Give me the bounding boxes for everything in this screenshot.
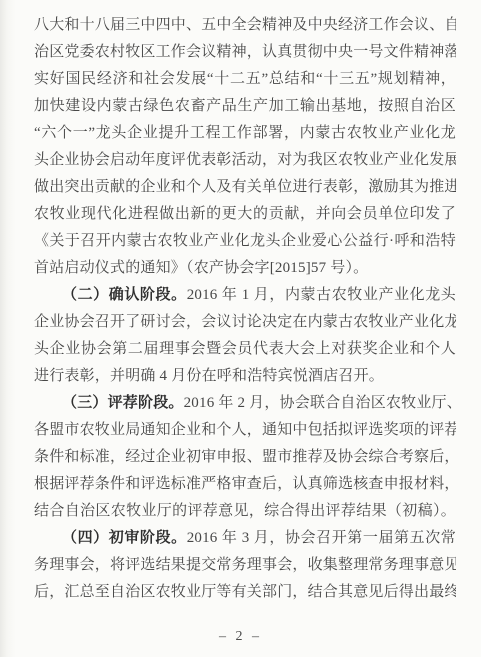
text-line: 结合自治区农牧业厅的评荐意见，综合得出评荐结果（初稿）。 [34, 498, 456, 525]
page-number: – 2 – [0, 629, 481, 645]
line-text: 2016 年 3 月，协会召开第一届第五次常 [187, 530, 456, 546]
line-text: 八大和十八届三中四中、五中全会精神及中央经济工作会议、自 [34, 17, 456, 33]
line-text: 头企业协会第二届理事会暨会员代表大会上对获奖企业和个人 [34, 341, 456, 357]
section-line: （四）初审阶段。2016 年 3 月，协会召开第一届第五次常 [34, 525, 456, 552]
line-text: 《关于召开内蒙古农牧业产业化龙头企业爱心公益行·呼和浩特 [34, 233, 456, 249]
line-text: 结合自治区农牧业厅的评荐意见，综合得出评荐结果（初稿）。 [34, 503, 456, 519]
line-text: 企业协会召开了研讨会，会议讨论决定在内蒙古农牧业产业化龙 [34, 314, 456, 330]
document-body: 八大和十八届三中四中、五中全会精神及中央经济工作会议、自治区党委农村牧区工作会议… [34, 12, 456, 606]
line-text: 进行表彰，并明确 4 月份在呼和浩特宾悦酒店召开。 [34, 368, 384, 384]
line-text: 首站启动仪式的通知》（农产协会字[2015]57 号）。 [34, 260, 368, 276]
text-line: 根据评荐条件和评选标准严格审查后，认真筛选核查申报材料， [34, 471, 456, 498]
text-line: 头企业协会启动年度评优表彰活动，对为我区农牧业产业化发展 [34, 147, 456, 174]
section-heading: （四）初审阶段。 [62, 530, 187, 546]
section-line: （二）确认阶段。2016 年 1 月，内蒙古农牧业产业化龙头 [34, 282, 456, 309]
text-line: 农牧业现代化进程做出新的更大的贡献，并向会员单位印发了 [34, 201, 456, 228]
line-text: 治区党委农村牧区工作会议精神，认真贯彻中央一号文件精神落 [34, 44, 456, 60]
section-line: （三）评荐阶段。2016 年 2 月，协会联合自治区农牧业厅、 [34, 390, 456, 417]
text-line: 八大和十八届三中四中、五中全会精神及中央经济工作会议、自 [34, 12, 456, 39]
text-line: 条件和标准，经过企业初审申报、盟市推荐及协会综合考察后， [34, 444, 456, 471]
text-line: 后，汇总至自治区农牧业厅等有关部门，结合其意见后得出最终 [34, 579, 456, 606]
text-line: 进行表彰，并明确 4 月份在呼和浩特宾悦酒店召开。 [34, 363, 456, 390]
line-text: 头企业协会启动年度评优表彰活动，对为我区农牧业产业化发展 [34, 152, 456, 168]
text-line: 各盟市农牧业局通知企业和个人，通知中包括拟评选奖项的评荐 [34, 417, 456, 444]
line-text: 根据评荐条件和评选标准严格审查后，认真筛选核查申报材料， [34, 476, 456, 492]
line-text: 实好国民经济和社会发展“十二五”总结和“十三五”规划精神， [34, 71, 456, 87]
text-line: 企业协会召开了研讨会，会议讨论决定在内蒙古农牧业产业化龙 [34, 309, 456, 336]
line-text: “六个一”龙头企业提升工程工作部署，内蒙古农牧业产业化龙 [34, 125, 456, 141]
line-text: 务理事会，将评选结果提交常务理事会，收集整理常务理事意见 [34, 557, 456, 573]
section-heading: （二）确认阶段。 [62, 287, 187, 303]
line-text: 后，汇总至自治区农牧业厅等有关部门，结合其意见后得出最终 [34, 584, 456, 600]
line-text: 农牧业现代化进程做出新的更大的贡献，并向会员单位印发了 [34, 206, 456, 222]
text-line: 加快建设内蒙古绿色农畜产品生产加工输出基地，按照自治区 [34, 93, 456, 120]
text-line: 头企业协会第二届理事会暨会员代表大会上对获奖企业和个人 [34, 336, 456, 363]
section-heading: （三）评荐阶段。 [62, 395, 184, 411]
text-line: 做出突出贡献的企业和个人及有关单位进行表彰，激励其为推进 [34, 174, 456, 201]
line-text: 各盟市农牧业局通知企业和个人，通知中包括拟评选奖项的评荐 [34, 422, 456, 438]
line-text: 条件和标准，经过企业初审申报、盟市推荐及协会综合考察后， [34, 449, 456, 465]
line-text: 加快建设内蒙古绿色农畜产品生产加工输出基地，按照自治区 [34, 98, 456, 114]
text-line: “六个一”龙头企业提升工程工作部署，内蒙古农牧业产业化龙 [34, 120, 456, 147]
text-line: 首站启动仪式的通知》（农产协会字[2015]57 号）。 [34, 255, 456, 282]
text-line: 治区党委农村牧区工作会议精神，认真贯彻中央一号文件精神落 [34, 39, 456, 66]
text-line: 务理事会，将评选结果提交常务理事会，收集整理常务理事意见 [34, 552, 456, 579]
line-text: 做出突出贡献的企业和个人及有关单位进行表彰，激励其为推进 [34, 179, 456, 195]
document-page: { "page": { "background_color": "#fbfbf9… [0, 0, 481, 657]
text-line: 《关于召开内蒙古农牧业产业化龙头企业爱心公益行·呼和浩特 [34, 228, 456, 255]
line-text: 2016 年 1 月，内蒙古农牧业产业化龙头 [187, 287, 456, 303]
text-line: 实好国民经济和社会发展“十二五”总结和“十三五”规划精神， [34, 66, 456, 93]
line-text: 2016 年 2 月，协会联合自治区农牧业厅、 [184, 395, 456, 411]
